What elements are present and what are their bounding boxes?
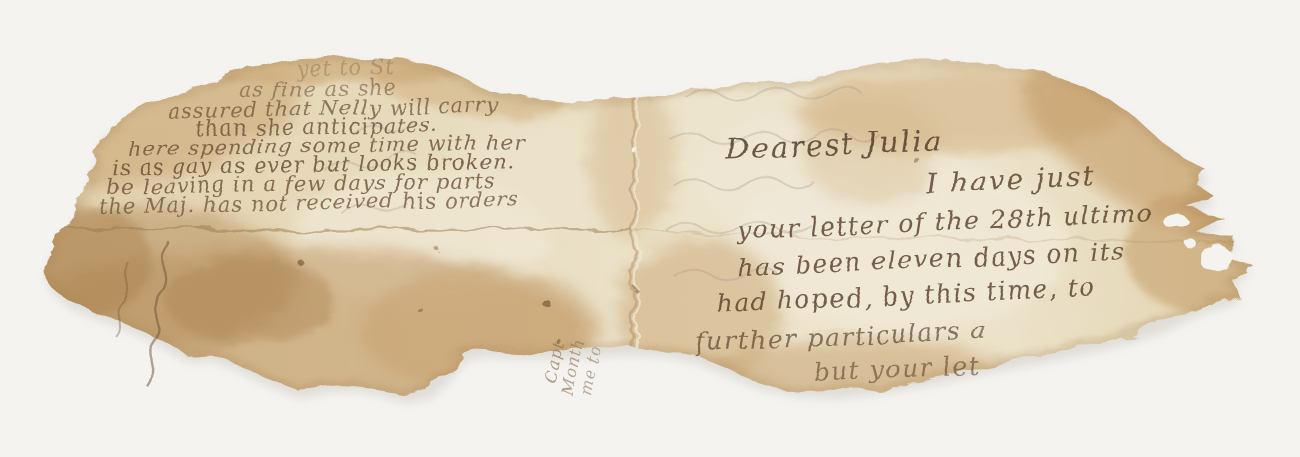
foxing-speck [434,246,438,250]
foxing-speck [915,159,921,165]
handwriting-line: but your let [813,351,980,387]
letter-fragment-scan: yet to St as fine as she assured that Ne… [0,0,1300,457]
hole [1184,239,1196,247]
foxing-speck [418,308,423,313]
pinhole [632,148,637,153]
hole [1199,244,1231,272]
water-stain [165,258,335,342]
foxing-speck [541,298,549,306]
handwriting-left-panel: yet to St as fine as she assured that Ne… [96,53,527,218]
letter-scan-canvas: yet to St as fine as she assured that Ne… [0,0,1300,457]
foxing-speck [634,288,638,292]
foxing-speck [297,259,303,265]
paper-body [0,39,1275,423]
hole [1162,215,1188,227]
